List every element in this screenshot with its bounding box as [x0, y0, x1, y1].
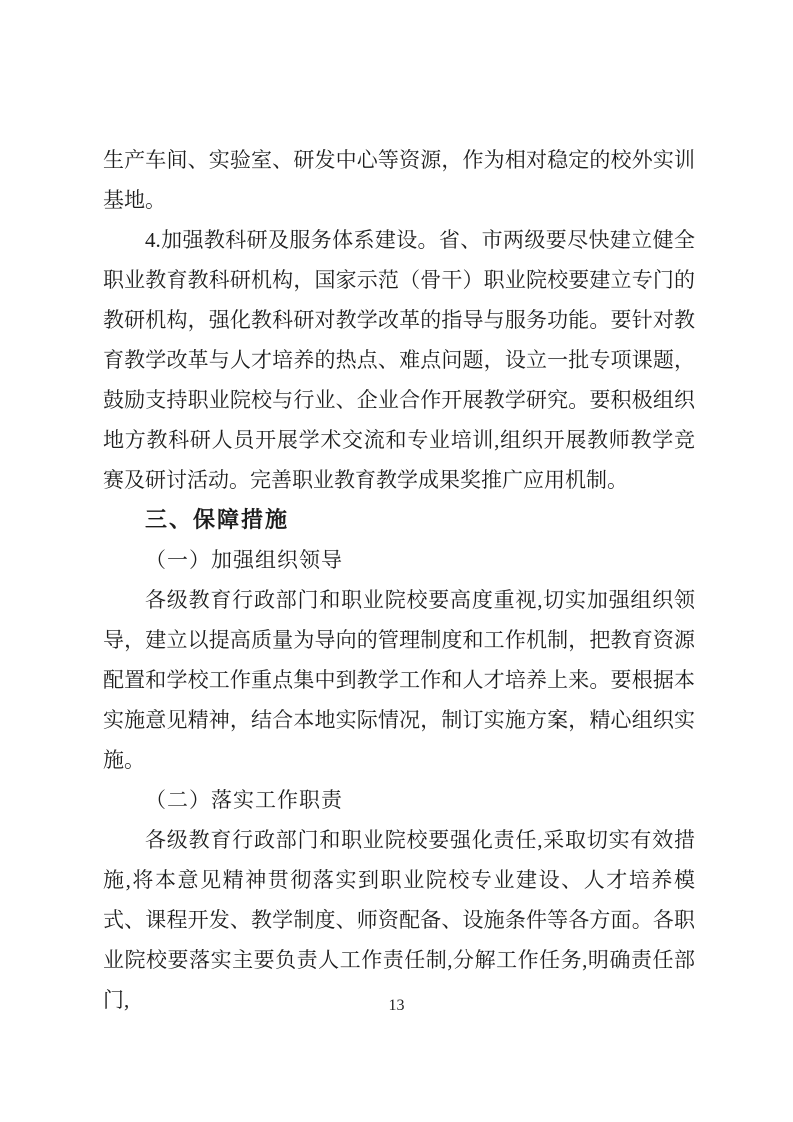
page-content: 生产车间、实验室、研发中心等资源，作为相对稳定的校外实训基地。 4.加强教科研及…: [103, 140, 695, 1020]
paragraph-item-4: 4.加强教科研及服务体系建设。省、市两级要尽快建立健全职业教育教科研机构，国家示…: [103, 220, 695, 500]
paragraph-organization-leadership: 各级教育行政部门和职业院校要高度重视,切实加强组织领导，建立以提高质量为导向的管…: [103, 580, 695, 780]
subsection-heading-1: （一）加强组织领导: [103, 540, 695, 580]
subsection-heading-2: （二）落实工作职责: [103, 780, 695, 820]
document-page: 生产车间、实验室、研发中心等资源，作为相对稳定的校外实训基地。 4.加强教科研及…: [0, 0, 793, 1122]
paragraph-carryover: 生产车间、实验室、研发中心等资源，作为相对稳定的校外实训基地。: [103, 140, 695, 220]
page-number: 13: [0, 997, 793, 1015]
section-heading-3: 三、保障措施: [103, 500, 695, 540]
paragraph-work-responsibility: 各级教育行政部门和职业院校要强化责任,采取切实有效措施,将本意见精神贯彻落实到职…: [103, 820, 695, 1020]
